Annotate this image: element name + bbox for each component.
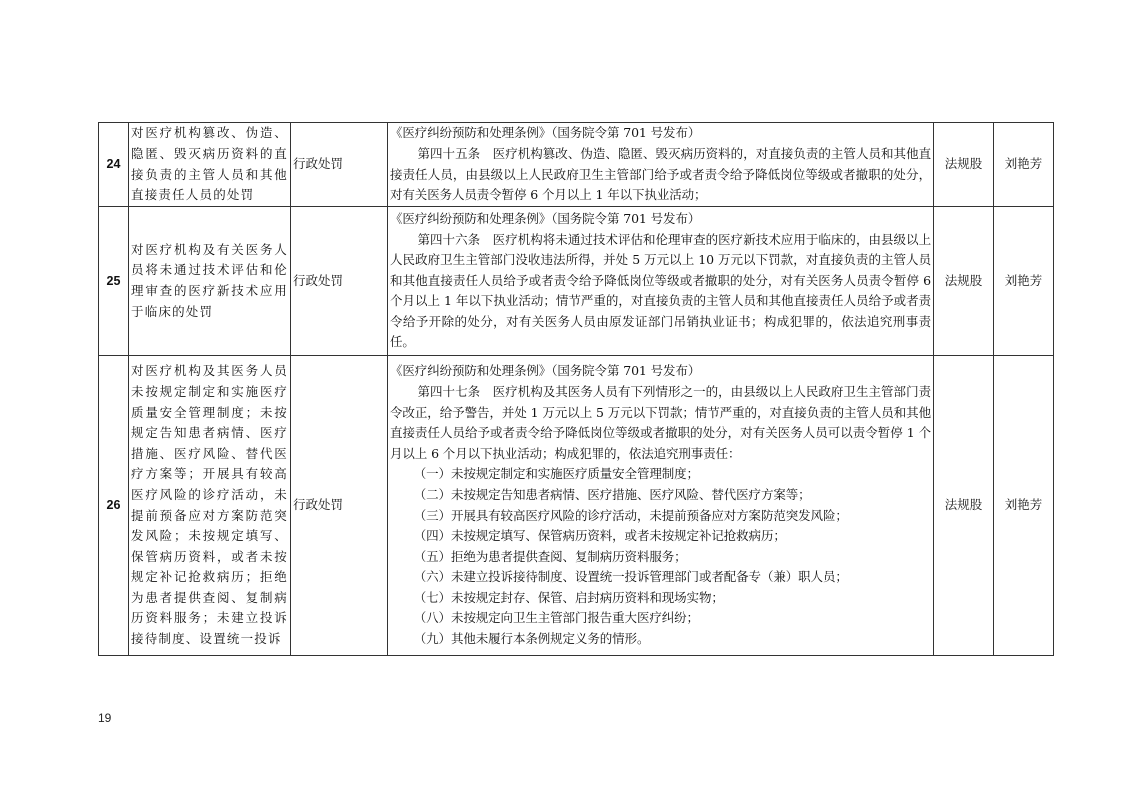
legal-basis: 《医疗纠纷预防和处理条例》（国务院令第 701 号发布） 第四十七条 医疗机构及… [388,356,934,656]
legal-article: 第四十五条 医疗机构篡改、伪造、隐匿、毁灭病历资料的，对直接负责的主管人员和其他… [390,144,931,206]
clause-7: （七）未按规定封存、保管、启封病历资料和现场实物； [390,588,931,609]
document-page: 24 对医疗机构篡改、伪造、隐匿、毁灭病历资料的直接负责的主管人员和其他直接责任… [0,0,1122,793]
legal-source: 《医疗纠纷预防和处理条例》（国务院令第 701 号发布） [390,123,931,144]
clause-2: （二）未按规定告知患者病情、医疗措施、医疗风险、替代医疗方案等； [390,485,931,506]
clause-4: （四）未按规定填写、保管病历资料，或者未按规定补记抢救病历； [390,526,931,547]
legal-basis: 《医疗纠纷预防和处理条例》（国务院令第 701 号发布） 第四十五条 医疗机构篡… [388,123,934,207]
responsible-person: 刘艳芳 [994,123,1054,207]
clause-6: （六）未建立投诉接待制度、设置统一投诉管理部门或者配备专（兼）职人员； [390,567,931,588]
item-name: 对医疗机构篡改、伪造、隐匿、毁灭病历资料的直接负责的主管人员和其他直接责任人员的… [129,123,291,207]
clause-1: （一）未按规定制定和实施医疗质量安全管理制度； [390,464,931,485]
clause-8: （八）未按规定向卫生主管部门报告重大医疗纠纷； [390,608,931,629]
legal-source: 《医疗纠纷预防和处理条例》（国务院令第 701 号发布） [390,361,931,382]
legal-source: 《医疗纠纷预防和处理条例》（国务院令第 701 号发布） [390,209,931,230]
item-name: 对医疗机构及有关医务人员将未通过技术评估和伦理审查的医疗新技术应用于临床的处罚 [129,207,291,356]
responsible-department: 法规股 [934,123,994,207]
responsible-person: 刘艳芳 [994,356,1054,656]
clause-9: （九）其他未履行本条例规定义务的情形。 [390,629,931,650]
legal-article: 第四十七条 医疗机构及其医务人员有下列情形之一的，由县级以上人民政府卫生主管部门… [390,382,931,464]
table-row: 26 对医疗机构及其医务人员未按规定制定和实施医疗质量安全管理制度；未按规定告知… [99,356,1054,656]
item-type: 行政处罚 [291,356,388,656]
item-name: 对医疗机构及其医务人员未按规定制定和实施医疗质量安全管理制度；未按规定告知患者病… [129,356,291,656]
responsible-department: 法规股 [934,207,994,356]
table-row: 24 对医疗机构篡改、伪造、隐匿、毁灭病历资料的直接负责的主管人员和其他直接责任… [99,123,1054,207]
responsible-person: 刘艳芳 [994,207,1054,356]
penalty-table: 24 对医疗机构篡改、伪造、隐匿、毁灭病历资料的直接负责的主管人员和其他直接责任… [98,122,1054,656]
legal-article: 第四十六条 医疗机构将未通过技术评估和伦理审查的医疗新技术应用于临床的，由县级以… [390,230,931,354]
responsible-department: 法规股 [934,356,994,656]
clause-3: （三）开展具有较高医疗风险的诊疗活动，未提前预备应对方案防范突发风险； [390,506,931,527]
page-number: 19 [98,711,111,725]
row-number: 24 [99,123,129,207]
clause-5: （五）拒绝为患者提供查阅、复制病历资料服务； [390,547,931,568]
item-type: 行政处罚 [291,207,388,356]
row-number: 25 [99,207,129,356]
row-number: 26 [99,356,129,656]
item-type: 行政处罚 [291,123,388,207]
table-row: 25 对医疗机构及有关医务人员将未通过技术评估和伦理审查的医疗新技术应用于临床的… [99,207,1054,356]
legal-basis: 《医疗纠纷预防和处理条例》（国务院令第 701 号发布） 第四十六条 医疗机构将… [388,207,934,356]
